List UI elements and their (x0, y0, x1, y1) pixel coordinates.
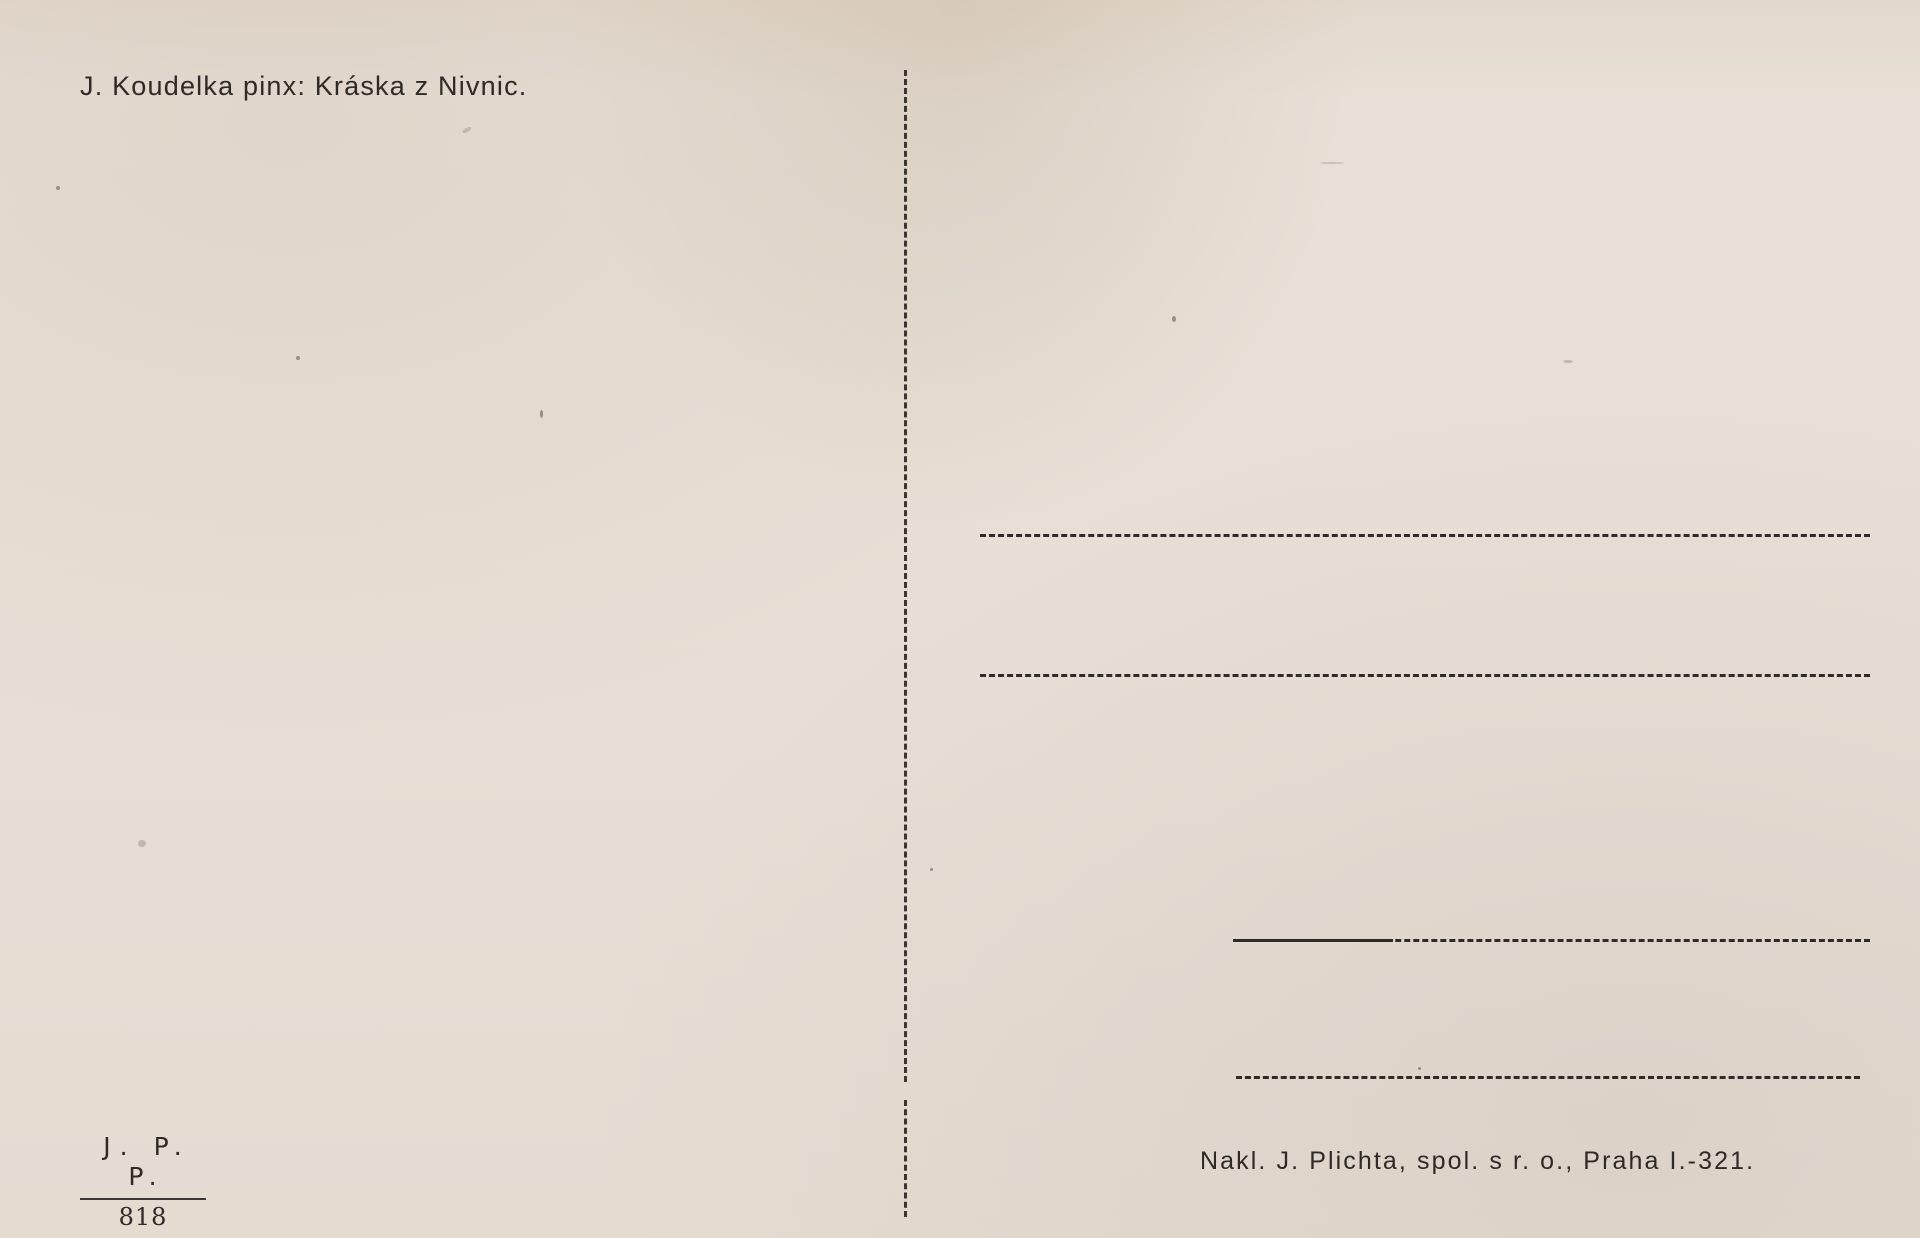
series-mark: J. P. P. 818 (80, 1132, 206, 1230)
address-line-1 (980, 534, 1870, 537)
paper-speck (540, 410, 543, 418)
paper-speck (56, 186, 60, 190)
address-line-4 (1236, 1076, 1860, 1079)
series-rule (80, 1198, 206, 1200)
publisher-imprint: Nakl. J. Plichta, spol. s r. o., Praha I… (1200, 1147, 1755, 1176)
paper-speck (1563, 360, 1573, 363)
paper-speck (1320, 162, 1344, 164)
address-line-2 (980, 674, 1870, 677)
divider-line (904, 70, 907, 1082)
paper-speck (1172, 316, 1176, 322)
divider-line-lower (904, 1100, 907, 1217)
paper-speck (296, 356, 300, 360)
address-line-3-solid (1233, 939, 1393, 942)
paper-speck (930, 868, 933, 871)
artwork-caption: J. Koudelka pinx: Kráska z Nivnic. (80, 71, 527, 102)
paper-speck (1418, 1067, 1421, 1070)
series-number: 818 (80, 1204, 206, 1230)
address-line-3 (1233, 939, 1870, 942)
series-code: J. P. P. (80, 1132, 206, 1192)
paper-speck (138, 840, 146, 847)
postcard-paper (0, 0, 1920, 1238)
